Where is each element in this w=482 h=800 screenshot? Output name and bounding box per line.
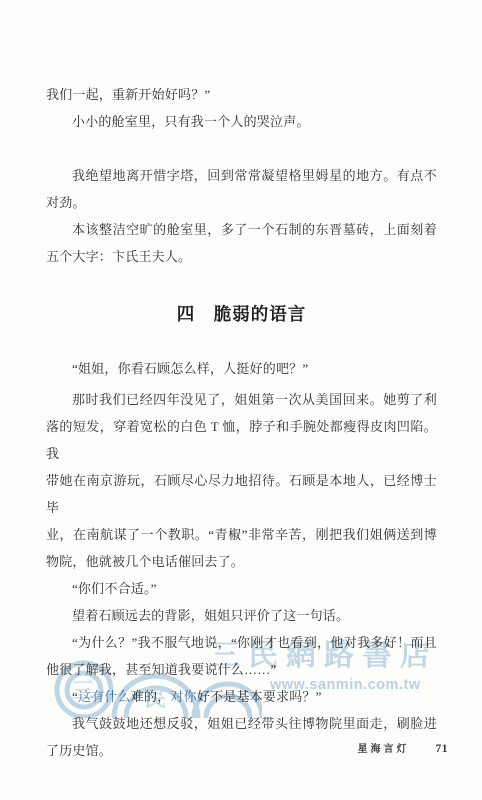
text-line: “姐姐，你看石顾怎么样，人挺好的吧？”	[46, 355, 437, 382]
blank-line	[46, 135, 437, 162]
text-line: “这有什么难的，对你好不是基本要求吗？”	[46, 683, 437, 710]
text-line: 带她在南京游玩，石顾尽心尽力地招待。石顾是本地人，已经博士毕	[46, 467, 437, 521]
text-line: 他很了解我，甚至知道我要说什么……”	[46, 656, 437, 683]
paragraph-block-top: 我们一起，重新开始好吗？”小小的舱室里，只有我一个人的哭泣声。 我绝望地离开惜字…	[46, 81, 437, 270]
text-line: 望着石顾远去的背影，姐姐只评价了这一句话。	[46, 602, 437, 629]
watermark-tinted-text: 对你	[170, 689, 196, 704]
watermark-tinted-text: 这有什么	[78, 689, 131, 704]
text-line: 本该整洁空旷的舱室里，多了一个石制的东晋墓砖，上面刻着	[46, 216, 437, 243]
text-line: 物院，他就被几个电话催回去了。	[46, 548, 437, 575]
text-column: 我们一起，重新开始好吗？”小小的舱室里，只有我一个人的哭泣声。 我绝望地离开惜字…	[46, 81, 437, 764]
page-number: 71	[436, 743, 449, 755]
text-line: 我绝望地离开惜字塔，回到常常凝望格里姆星的地方。有点不	[46, 162, 437, 189]
text-line: 我们一起，重新开始好吗？”	[46, 81, 437, 108]
text-line: 业，在南航谋了一个教职。“青椒”非常辛苦，刚把我们姐俩送到博	[46, 521, 437, 548]
text-line: 对劲。	[46, 189, 437, 216]
chapter-heading: 四 脆弱的语言	[46, 304, 437, 324]
text-segment: 难的，	[131, 689, 171, 704]
book-page: 我们一起，重新开始好吗？”小小的舱室里，只有我一个人的哭泣声。 我绝望地离开惜字…	[0, 0, 482, 800]
text-line: “你们不合适。”	[46, 575, 437, 602]
page-footer: 星海言灯 71	[358, 740, 449, 755]
text-line: 小小的舱室里，只有我一个人的哭泣声。	[46, 108, 437, 135]
text-line: 落的短发，穿着宽松的白色 T 恤，脖子和手腕处都瘦得皮肉凹陷。我	[46, 413, 437, 467]
text-segment: 好不是基本要求吗？”	[197, 689, 322, 704]
paragraph-block-bottom: “姐姐，你看石顾怎么样，人挺好的吧？”那时我们已经四年没见了，姐姐第一次从美国回…	[46, 355, 437, 764]
text-line: 那时我们已经四年没见了，姐姐第一次从美国回来。她剪了利	[46, 386, 437, 413]
running-book-title: 星海言灯	[358, 740, 410, 755]
text-line: 我气鼓鼓地还想反驳，姐姐已经带头往博物院里面走，刷脸进	[46, 710, 437, 737]
text-line: 五个大字：卞氏王夫人。	[46, 243, 437, 270]
text-line: “为什么？”我不服气地说，“你刚才也看到，他对我多好！而且	[46, 629, 437, 656]
